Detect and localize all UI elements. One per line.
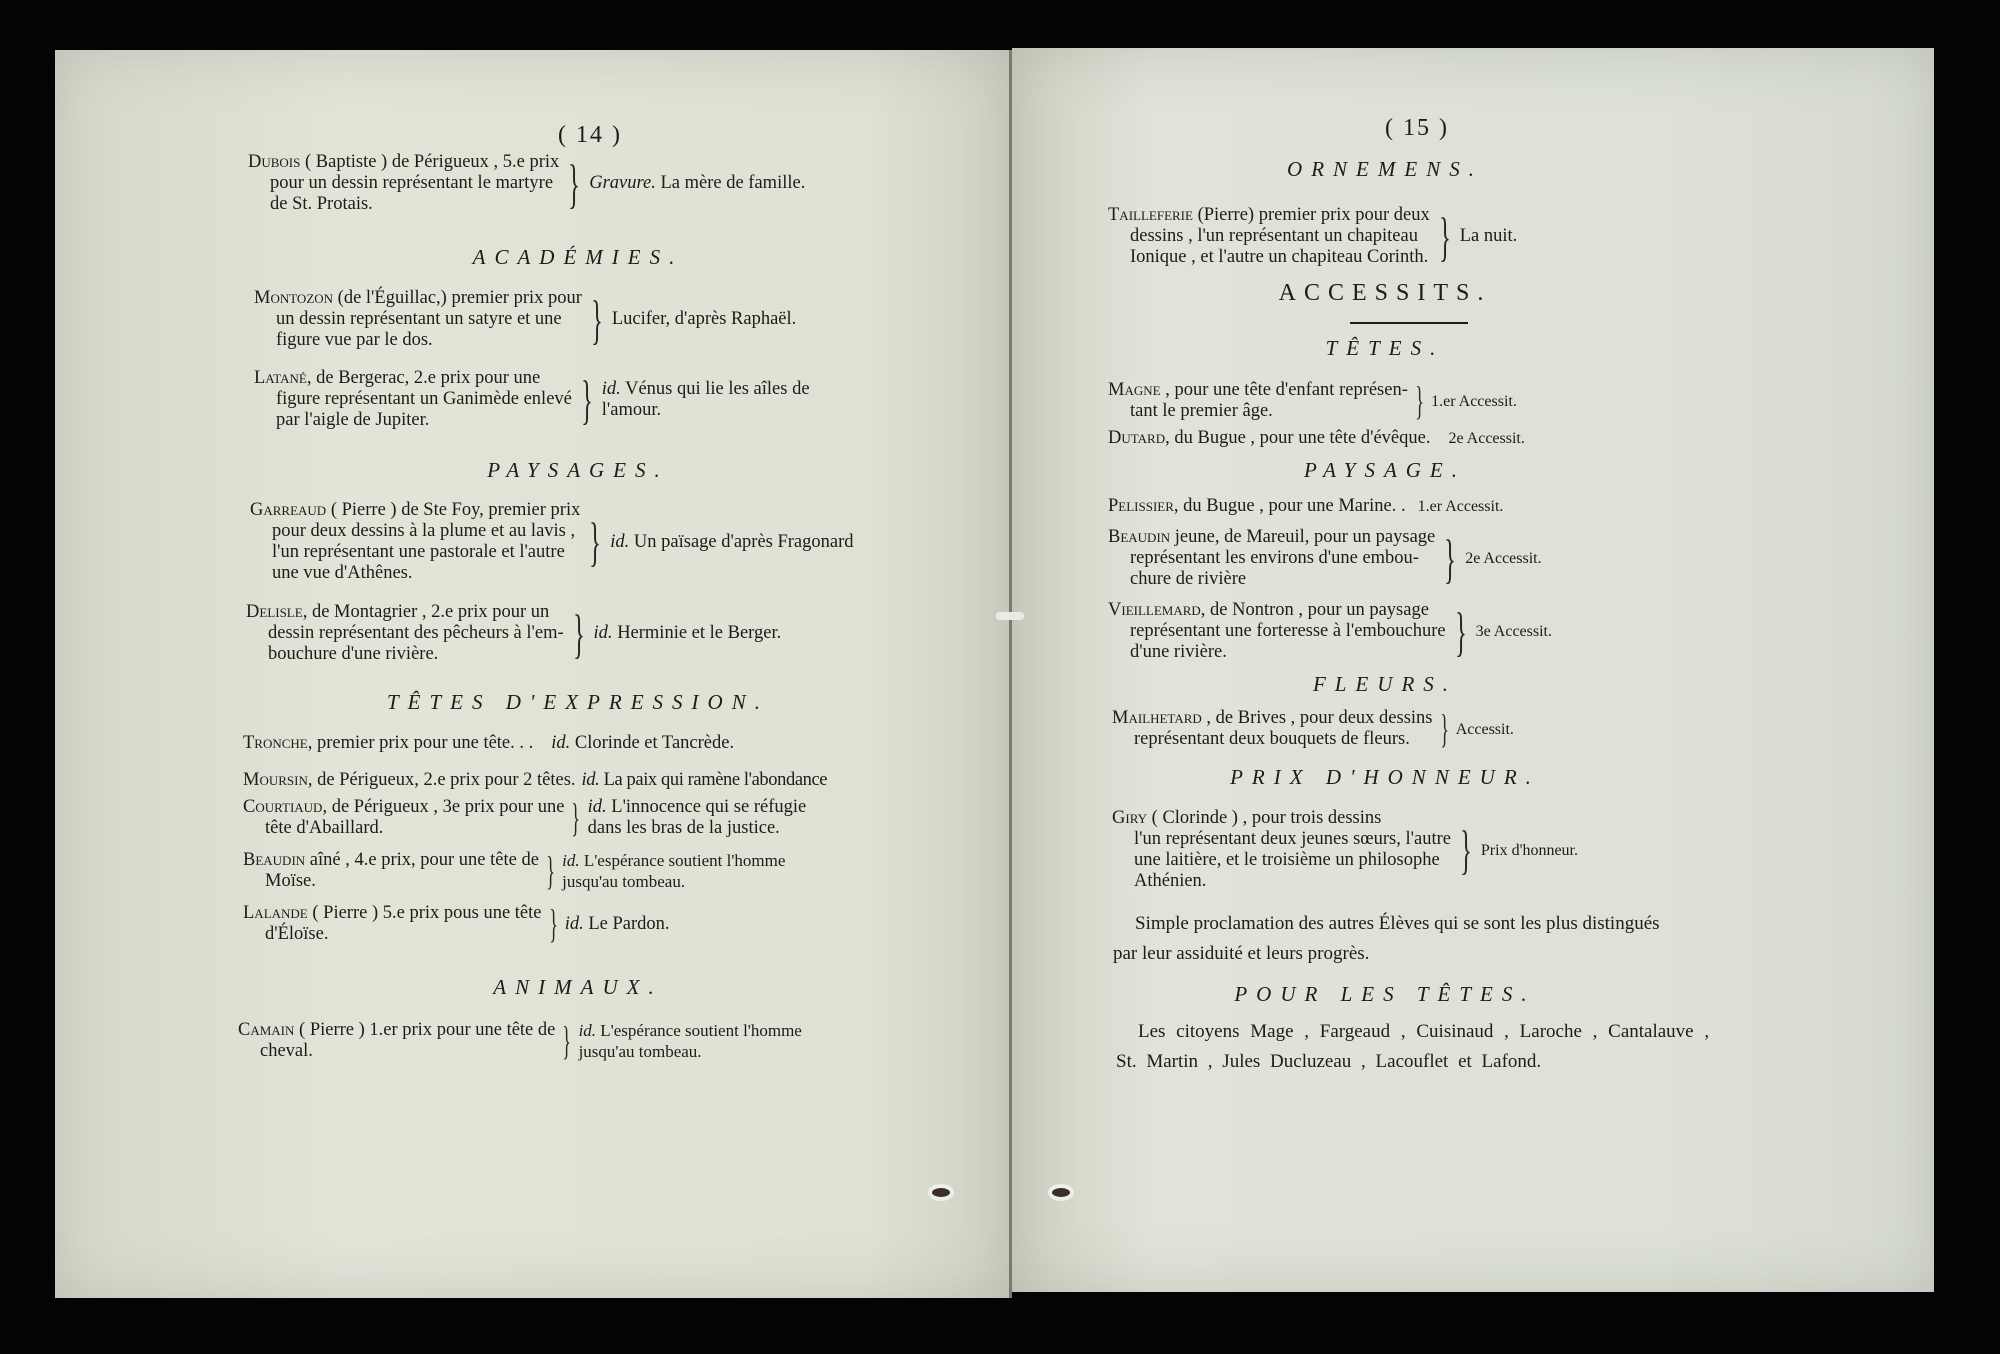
section-title-paysage: PAYSAGE. — [1105, 458, 1665, 483]
entry-magne: Magne , pour une tête d'enfant représen-… — [1108, 380, 1517, 422]
divider-rule — [1350, 322, 1468, 324]
proclamation-line-2: par leur assiduité et leurs progrès. — [1113, 940, 1369, 968]
binding-thread — [996, 612, 1024, 620]
brace: } — [568, 164, 580, 204]
page-number-right: ( 15 ) — [1385, 115, 1449, 142]
entry-courtiaud: Courtiaud, de Périgueux , 3e prix pour u… — [243, 797, 838, 839]
entry-dubois: Dubois ( Baptiste ) de Périgueux , 5.e p… — [248, 152, 805, 215]
section-title-prix-honneur: PRIX D'HONNEUR. — [1105, 765, 1665, 790]
entry-giry: Giry ( Clorinde ) , pour trois dessins l… — [1112, 808, 1578, 892]
brace: } — [549, 904, 558, 944]
page-number-left: ( 14 ) — [558, 122, 622, 149]
citizens-line-1: Les citoyens Mage , Fargeaud , Cuisinaud… — [1138, 1018, 1709, 1046]
brace: } — [591, 300, 603, 340]
brace: } — [1455, 612, 1467, 652]
brace: } — [1460, 830, 1472, 870]
brace: } — [589, 522, 601, 562]
proclamation-line-1: Simple proclamation des autres Élèves qu… — [1135, 910, 1660, 938]
entry-tailleferie: Tailleferie (Pierre) premier prix pour d… — [1108, 205, 1517, 268]
brace: } — [1415, 381, 1424, 421]
entry-name: Dubois — [248, 152, 300, 172]
binding-hole-left — [932, 1188, 950, 1197]
entry-moursin: Moursin, de Périgueux, 2.e prix pour 2 t… — [243, 770, 827, 791]
section-title-tetes: TÊTES. — [1105, 336, 1665, 361]
entry-beaudin-jeune: Beaudin jeune, de Mareuil, pour un paysa… — [1108, 527, 1542, 590]
brace: } — [1439, 217, 1451, 257]
entry-garreaud: Garreaud ( Pierre ) de Ste Foy, premier … — [250, 500, 854, 584]
brace: } — [1444, 539, 1456, 579]
section-title-ornemens: ORNEMENS. — [1105, 157, 1665, 182]
entry-latane: Latané, de Bergerac, 2.e prix pour une f… — [254, 368, 832, 431]
brace: } — [563, 1021, 572, 1061]
section-title-academies: ACADÉMIES. — [248, 245, 908, 270]
section-title-pour-les-tetes: POUR LES TÊTES. — [1105, 982, 1665, 1007]
entry-camain: Camain ( Pierre ) 1.er prix pour une têt… — [238, 1020, 829, 1062]
brace: } — [581, 380, 593, 420]
citizens-line-2: St. Martin , Jules Ducluzeau , Lacouflet… — [1116, 1048, 1541, 1076]
brace: } — [572, 798, 581, 838]
entry-lalande: Lalande ( Pierre ) 5.e prix pous une têt… — [243, 903, 670, 945]
book-gutter — [1009, 50, 1012, 1298]
left-page — [55, 50, 1012, 1298]
brace: } — [546, 851, 555, 891]
entry-pelissier: Pelissier, du Bugue , pour une Marine. .… — [1108, 496, 1503, 517]
section-title-animaux: ANIMAUX. — [248, 975, 908, 1000]
brace: } — [573, 614, 585, 654]
brace: } — [1440, 709, 1449, 749]
entry-dutard: Dutard, du Bugue , pour une tête d'évêqu… — [1108, 428, 1525, 449]
section-title-paysages: PAYSAGES. — [248, 458, 908, 483]
section-title-tetes-expression: TÊTES D'EXPRESSION. — [248, 690, 908, 715]
entry-vieillemard: Vieillemard, de Nontron , pour un paysag… — [1108, 600, 1552, 663]
section-title-fleurs: FLEURS. — [1105, 672, 1665, 697]
entry-mailhetard: Mailhetard , de Brives , pour deux dessi… — [1112, 708, 1514, 750]
section-title-accessits: ACCESSITS. — [1105, 280, 1665, 307]
entry-montozon: Montozon (de l'Éguillac,) premier prix p… — [254, 288, 796, 351]
entry-beaudin-aine: Beaudin aîné , 4.e prix, pour une tête d… — [243, 850, 812, 892]
entry-delisle: Delisle, de Montagrier , 2.e prix pour u… — [246, 602, 781, 665]
binding-hole-right — [1052, 1188, 1070, 1197]
entry-tronche: Tronche, premier prix pour une tête. . .… — [243, 733, 734, 754]
